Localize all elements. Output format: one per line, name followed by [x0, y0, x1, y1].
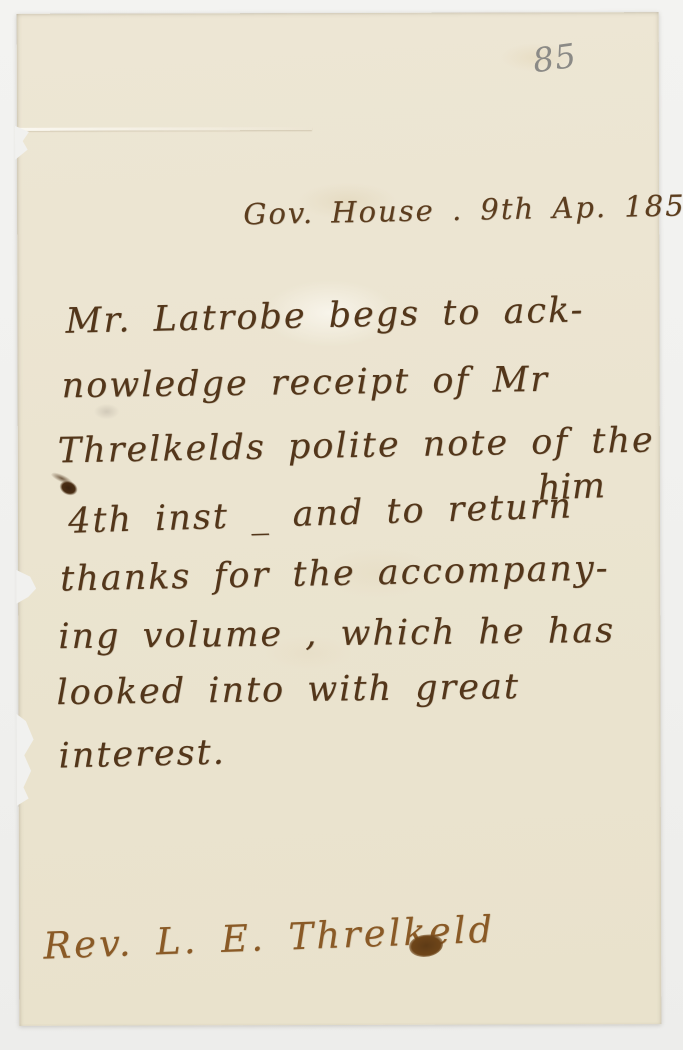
paper-edge-chip	[17, 714, 34, 806]
fold-crease	[17, 127, 312, 131]
paper-edge-chip	[16, 570, 36, 604]
letter-line-2: nowledge receipt of Mr	[61, 360, 549, 406]
scanned-letter: 85 Gov. House . 9th Ap. 1850 Mr. Latrobe…	[0, 0, 683, 1050]
letter-line-3: Threlkelds polite note of the	[57, 420, 655, 471]
letter-line-8: interest.	[58, 733, 226, 777]
letter-raised-word: him	[537, 466, 605, 508]
pencil-page-number: 85	[530, 36, 579, 81]
paper-smudge	[94, 404, 120, 420]
paper-edge-chip	[15, 126, 29, 160]
dateline: Gov. House . 9th Ap. 1850	[243, 188, 683, 231]
letter-line-7: looked into with great	[56, 667, 520, 713]
letter-line-6: ing volume , which he has	[58, 611, 615, 657]
letter-line-4: 4th inst _ and to return	[67, 486, 573, 541]
letter-line-5: thanks for the accompany-	[60, 549, 610, 600]
letter-line-1: Mr. Latrobe begs to ack-	[65, 290, 585, 341]
letter-paper: 85 Gov. House . 9th Ap. 1850 Mr. Latrobe…	[17, 12, 662, 1026]
ink-blot	[45, 466, 86, 502]
